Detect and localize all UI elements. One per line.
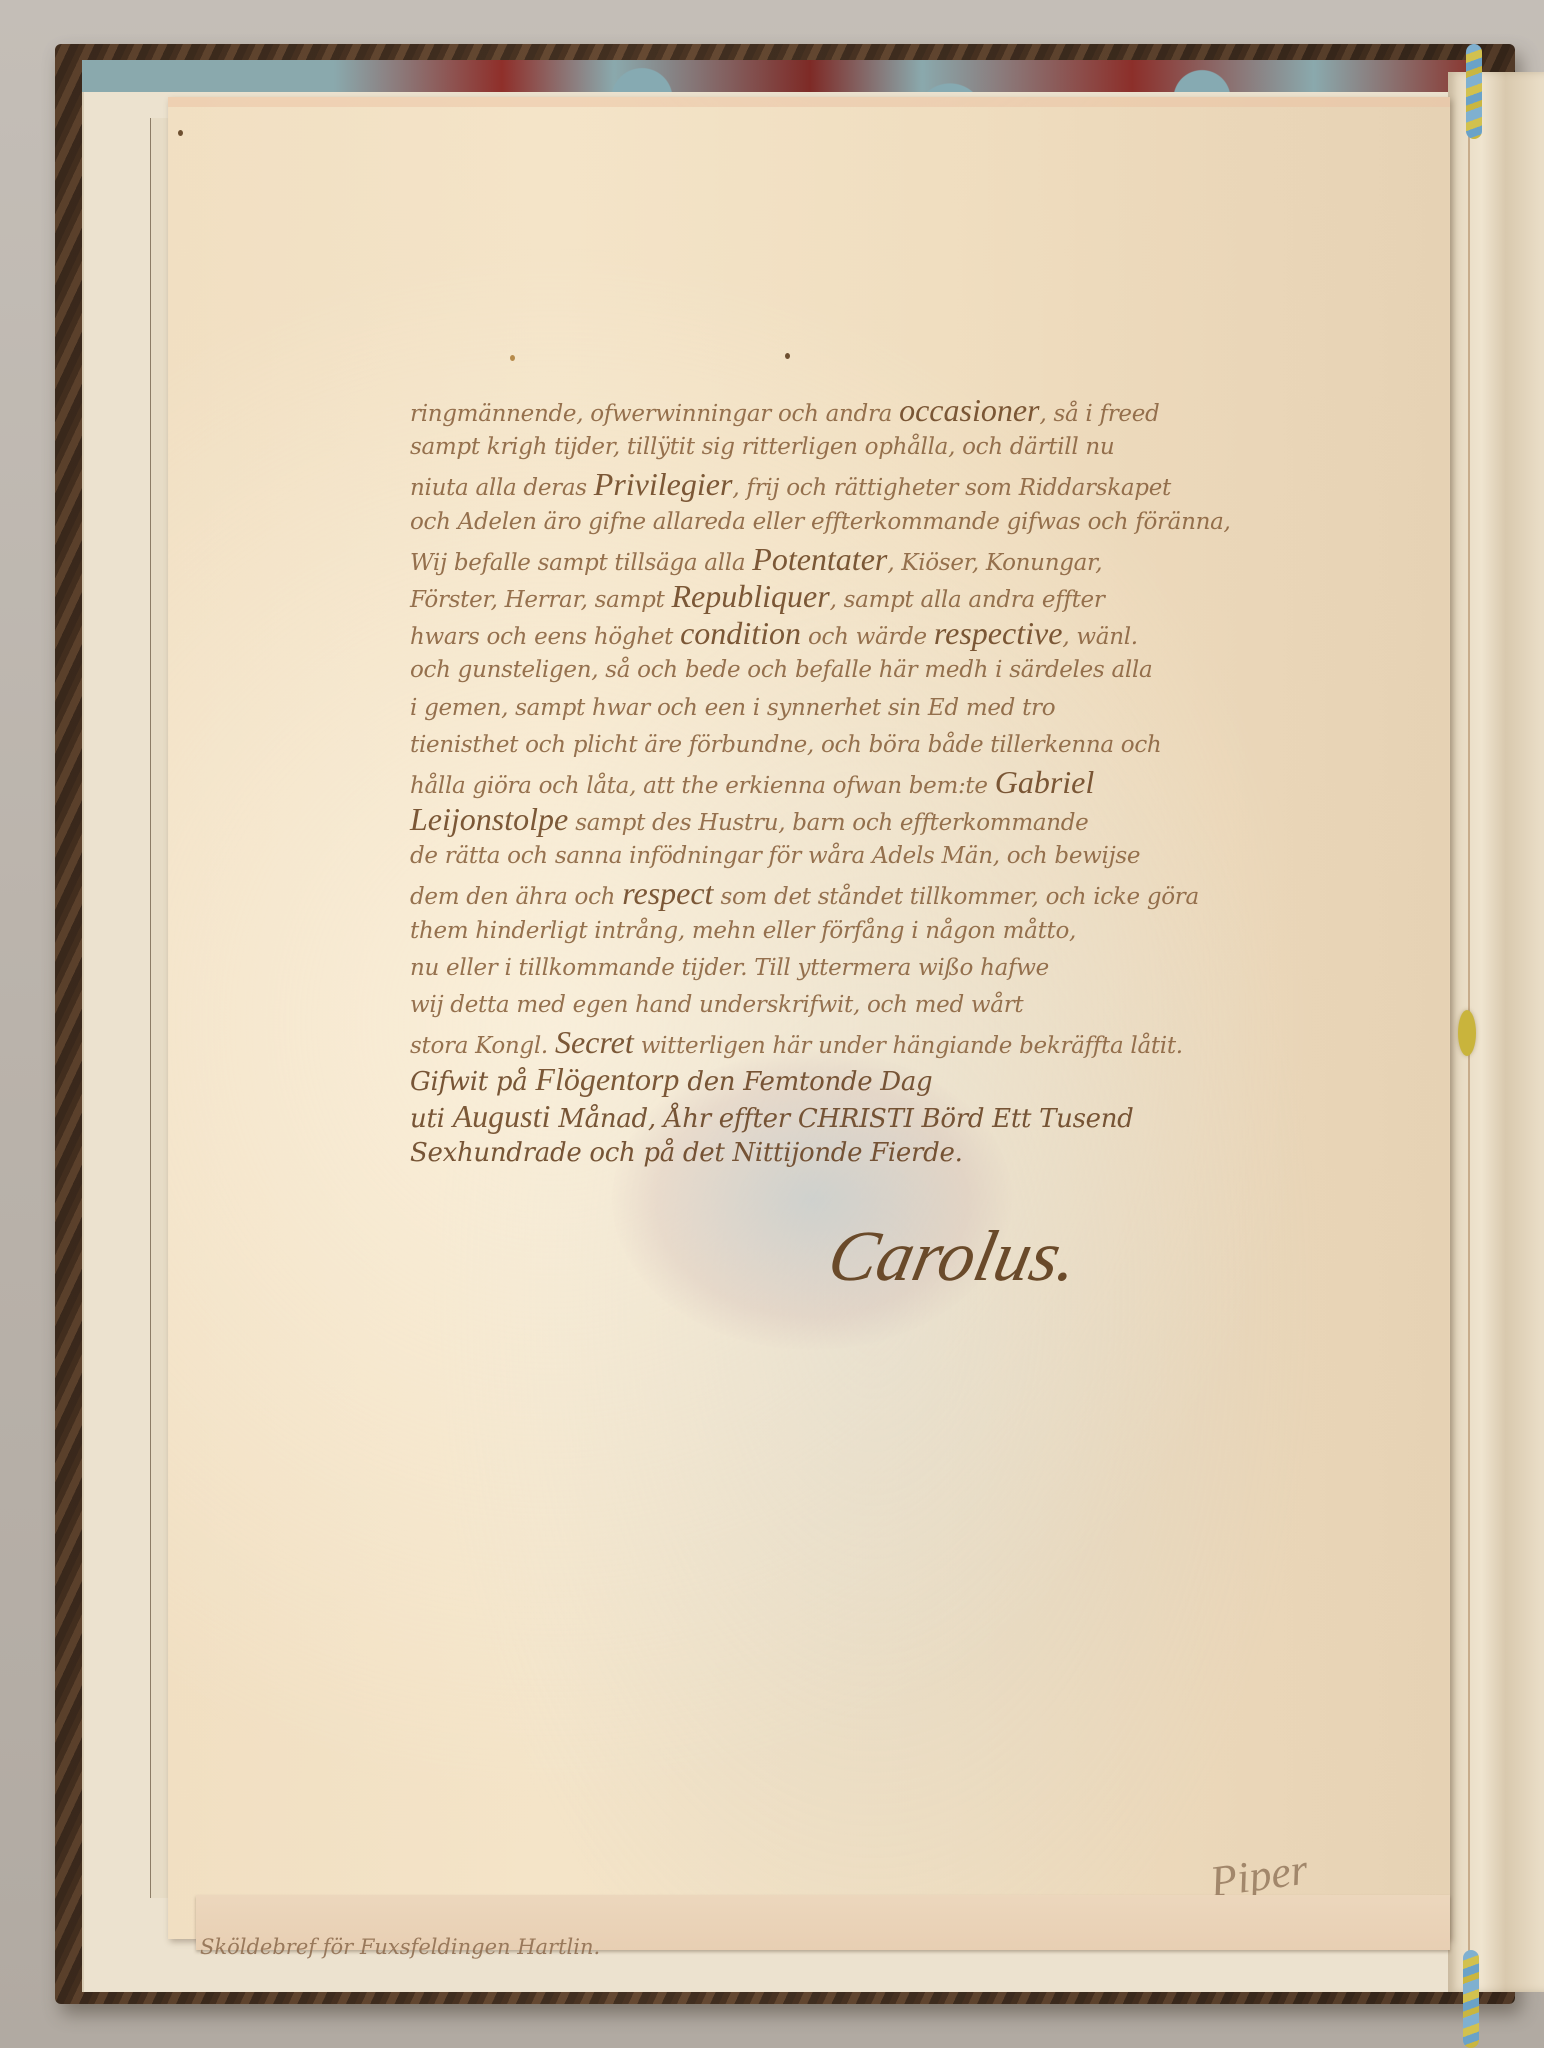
script-text: stora Kongl. (410, 1033, 555, 1059)
script-text: , frij och rättigheter som Riddarskapet (732, 475, 1171, 501)
manuscript-line: uti Augusti Månad, Åhr effter CHRISTI Bö… (410, 1098, 1385, 1135)
patent-dating-clause: Gifwit på Flögentorp den Femtonde Daguti… (410, 1061, 1385, 1173)
ink-speck (178, 130, 183, 136)
manuscript-line: ringmännende, ofwerwinningar och andra o… (410, 392, 1385, 429)
display-word: Secret (555, 1024, 634, 1060)
manuscript-line: nu eller i tillkommande tijder. Till ytt… (410, 950, 1385, 987)
manuscript-line: wij detta med egen hand underskrifwit, o… (410, 987, 1385, 1024)
script-text: och wärde (801, 624, 934, 650)
script-text: Månad, Åhr effter CHRISTI Börd Ett Tusen… (550, 1104, 1133, 1134)
script-text: och gunsteligen, så och bede och befalle… (410, 657, 1152, 683)
script-text: niuta alla deras (410, 475, 594, 501)
script-text: tienisthet och plicht äre förbundne, och… (410, 732, 1161, 758)
script-text: sampt des Hustru, barn och effterkommand… (568, 810, 1088, 836)
display-word: Gabriel (995, 764, 1095, 800)
manuscript-line: dem den ähra och respect som det ståndet… (410, 875, 1385, 912)
script-text: den Femtonde Dag (679, 1067, 932, 1097)
manuscript-line: i gemen, sampt hwar och een i synnerhet … (410, 690, 1385, 727)
script-text: hwars och eens höghet (410, 624, 680, 650)
ribbon-bookmark-bottom[interactable] (1463, 1950, 1479, 2048)
script-text: och Adelen äro gifne allareda eller efft… (410, 509, 1231, 535)
display-word: Flögentorp (535, 1061, 679, 1097)
display-word: Potentater (752, 541, 887, 577)
display-word: Augusti (453, 1098, 551, 1134)
display-word: respective (934, 615, 1063, 651)
script-text: Gifwit på (410, 1067, 535, 1097)
manuscript-line: sampt krigh tijder, tillÿtit sig ritterl… (410, 429, 1385, 466)
script-text: i gemen, sampt hwar och een i synnerhet … (410, 695, 1055, 721)
script-text: sampt krigh tijder, tillÿtit sig ritterl… (410, 434, 1114, 460)
script-text: Sexhundrade och på det Nittijonde Fierde… (410, 1138, 963, 1168)
manuscript-line: Förster, Herrar, sampt Republiquer, samp… (410, 578, 1385, 615)
script-text: , sampt alla andra effter (830, 587, 1105, 613)
script-text: hålla giöra och låta, att the erkienna o… (410, 773, 995, 799)
manuscript-line: Sexhundrade och på det Nittijonde Fierde… (410, 1135, 1385, 1172)
manuscript-line: stora Kongl. Secret witterligen här unde… (410, 1024, 1385, 1061)
ink-speck (785, 353, 790, 359)
display-word: Republiquer (671, 578, 829, 614)
script-text: Wij befalle sampt tillsäga alla (410, 550, 752, 576)
display-word: condition (680, 615, 801, 651)
manuscript-line: tienisthet och plicht äre förbundne, och… (410, 727, 1385, 764)
manuscript-line: hålla giöra och låta, att the erkienna o… (410, 764, 1385, 801)
script-text: wij detta med egen hand underskrifwit, o… (410, 992, 1023, 1018)
manuscript-line: de rätta och sanna infödningar för wåra … (410, 838, 1385, 875)
manuscript-line: niuta alla deras Privilegier, frij och r… (410, 466, 1385, 503)
script-text: de rätta och sanna infödningar för wåra … (410, 843, 1140, 869)
script-text: them hinderligt intrång, mehn eller förf… (410, 918, 1076, 944)
script-text: ringmännende, ofwerwinningar och andra (410, 401, 899, 427)
ribbon-bookmark-top[interactable] (1466, 44, 1482, 139)
manuscript-line: Wij befalle sampt tillsäga alla Potentat… (410, 541, 1385, 578)
script-text: Förster, Herrar, sampt (410, 587, 671, 613)
manuscript-line: och gunsteligen, så och bede och befalle… (410, 652, 1385, 689)
manuscript-line: och Adelen äro gifne allareda eller efft… (410, 504, 1385, 541)
script-text: , wänl. (1062, 624, 1137, 650)
script-text: dem den ähra och (410, 884, 622, 910)
patent-body-text: ringmännende, ofwerwinningar och andra o… (410, 392, 1385, 1061)
display-word: respect (622, 875, 713, 911)
manuscript-line: Leijonstolpe sampt des Hustru, barn och … (410, 801, 1385, 838)
script-text: witterligen här under hängiande bekräfft… (634, 1033, 1183, 1059)
script-text: som det ståndet tillkommer, och icke gör… (713, 884, 1198, 910)
manuscript-line: hwars och eens höghet condition och wärd… (410, 615, 1385, 652)
script-text: nu eller i tillkommande tijder. Till ytt… (410, 955, 1049, 981)
script-text: , Kiöser, Konungar, (887, 550, 1102, 576)
manuscript-line: them hinderligt intrång, mehn eller förf… (410, 913, 1385, 950)
ribbon-knot (1458, 1010, 1476, 1056)
manuscript-line: Gifwit på Flögentorp den Femtonde Dag (410, 1061, 1385, 1098)
display-word: Leijonstolpe (410, 801, 568, 837)
display-word: occasioner (899, 392, 1039, 428)
royal-signature: Carolus. (821, 1215, 1086, 1298)
margin-note: Sköldebref för Fuxsfeldingen Hartlin. (200, 1935, 600, 1959)
foxing-spot (510, 355, 515, 361)
script-text: uti (410, 1104, 453, 1134)
script-text: , så i freed (1039, 401, 1159, 427)
display-word: Privilegier (594, 466, 733, 502)
